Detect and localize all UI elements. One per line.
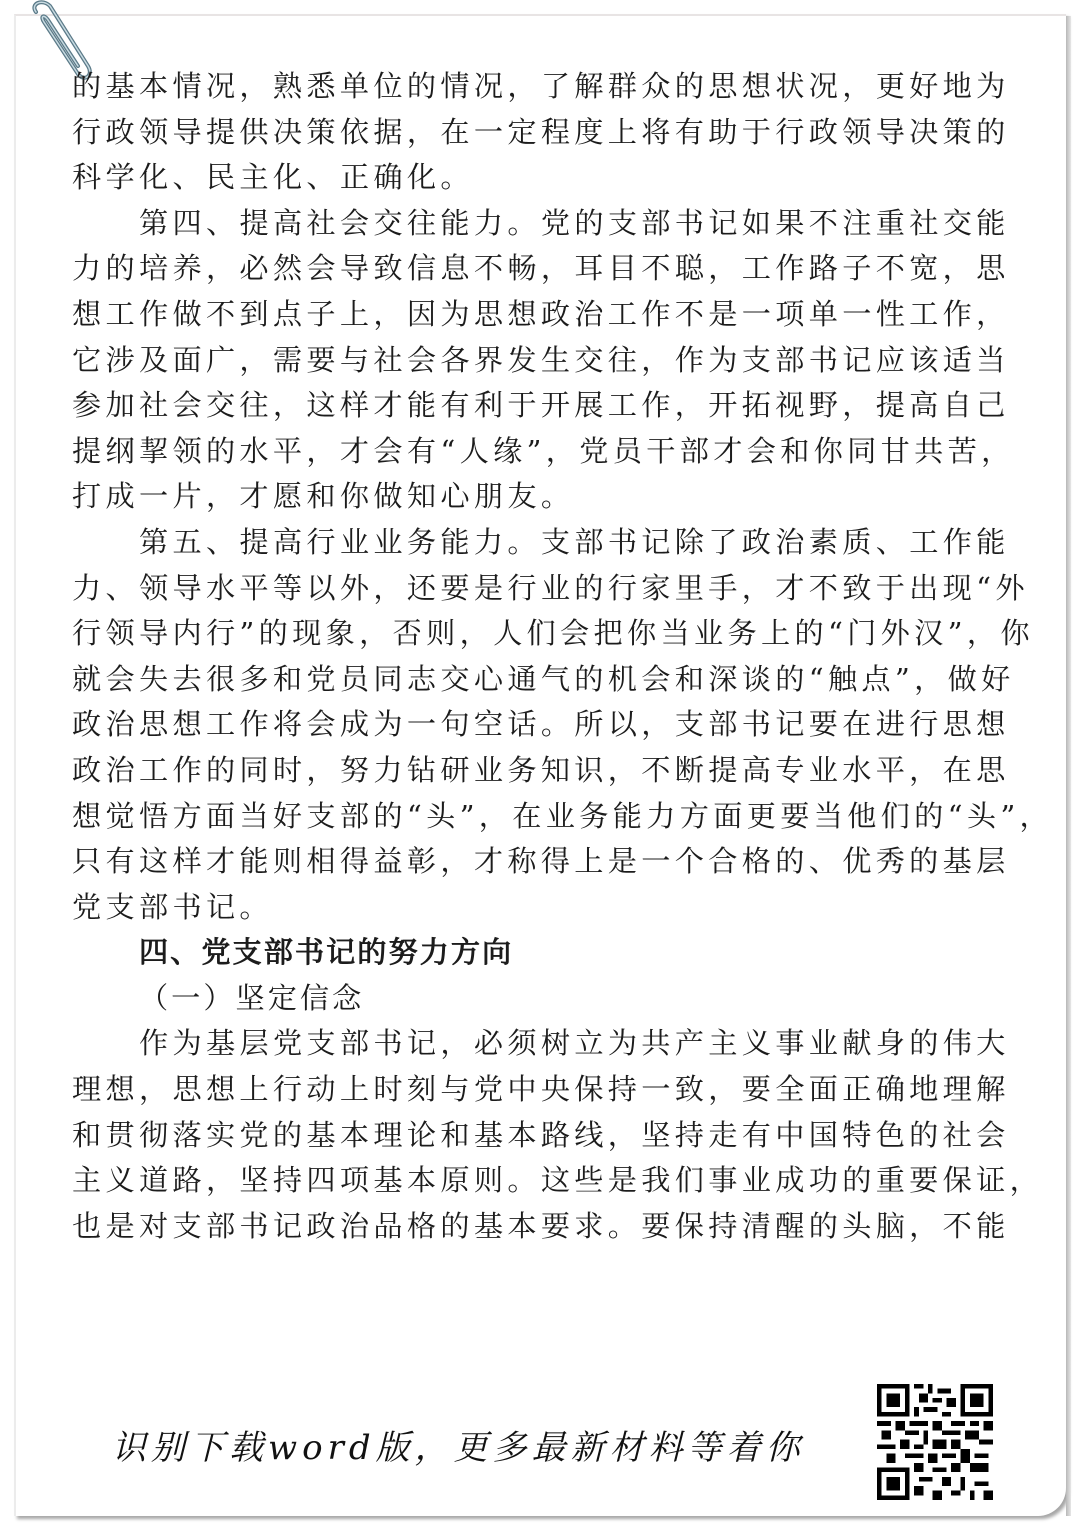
section-heading: 四、党支部书记的努力方向 [72,930,1034,976]
download-promo-text: 识别下载word版，更多最新材料等着你 [112,1420,805,1469]
subsection-heading: （一）坚定信念 [72,976,1034,1022]
text-line: 提纲挈领的水平，才会有“人缘”，党员干部才会和你同甘共苦， [72,429,1034,475]
qr-code-icon[interactable] [874,1384,996,1500]
paragraph-start-line: 第五、提高行业业务能力。支部书记除了政治素质、工作能 [72,520,1034,566]
text-line: 科学化、民主化、正确化。 [72,155,1034,201]
paragraph-start-line: 作为基层党支部书记，必须树立为共产主义事业献身的伟大 [72,1021,1034,1067]
text-line: 也是对支部书记政治品格的基本要求。要保持清醒的头脑，不能 [72,1204,1034,1250]
paragraph-start-line: 第四、提高社会交往能力。党的支部书记如果不注重社交能 [72,201,1034,247]
text-line: 就会失去很多和党员同志交心通气的机会和深谈的“触点”，做好 [72,657,1034,703]
text-line: 的基本情况，熟悉单位的情况，了解群众的思想状况，更好地为 [72,64,1034,110]
text-line: 和贯彻落实党的基本理论和基本路线，坚持走有中国特色的社会 [72,1113,1034,1159]
text-line: 力、领导水平等以外，还要是行业的行家里手，才不致于出现“外 [72,566,1034,612]
text-line: 政治思想工作将会成为一句空话。所以，支部书记要在进行思想 [72,702,1034,748]
text-line: 主义道路，坚持四项基本原则。这些是我们事业成功的重要保证， [72,1158,1034,1204]
text-line: 力的培养，必然会导致信息不畅，耳目不聪，工作路子不宽，思 [72,246,1034,292]
text-line: 打成一片，才愿和你做知心朋友。 [72,474,1034,520]
text-line: 参加社会交往，这样才能有利于开展工作，开拓视野，提高自己 [72,383,1034,429]
text-line: 行领导内行”的现象，否则，人们会把你当业务上的“门外汉”，你 [72,611,1034,657]
text-line: 只有这样才能则相得益彰，才称得上是一个合格的、优秀的基层 [72,839,1034,885]
text-line: 它涉及面广，需要与社会各界发生交往，作为支部书记应该适当 [72,338,1034,384]
text-line: 理想，思想上行动上时刻与党中央保持一致，要全面正确地理解 [72,1067,1034,1113]
text-line: 想工作做不到点子上，因为思想政治工作不是一项单一性工作， [72,292,1034,338]
text-line: 政治工作的同时，努力钻研业务知识，不断提高专业水平，在思 [72,748,1034,794]
text-line: 党支部书记。 [72,885,1034,931]
text-line: 想觉悟方面当好支部的“头”，在业务能力方面更要当他们的“头”， [72,794,1034,840]
text-line: 行政领导提供决策依据，在一定程度上将有助于行政领导决策的 [72,110,1034,156]
document-body: 的基本情况，熟悉单位的情况，了解群众的思想状况，更好地为 行政领导提供决策依据，… [72,64,1034,1249]
